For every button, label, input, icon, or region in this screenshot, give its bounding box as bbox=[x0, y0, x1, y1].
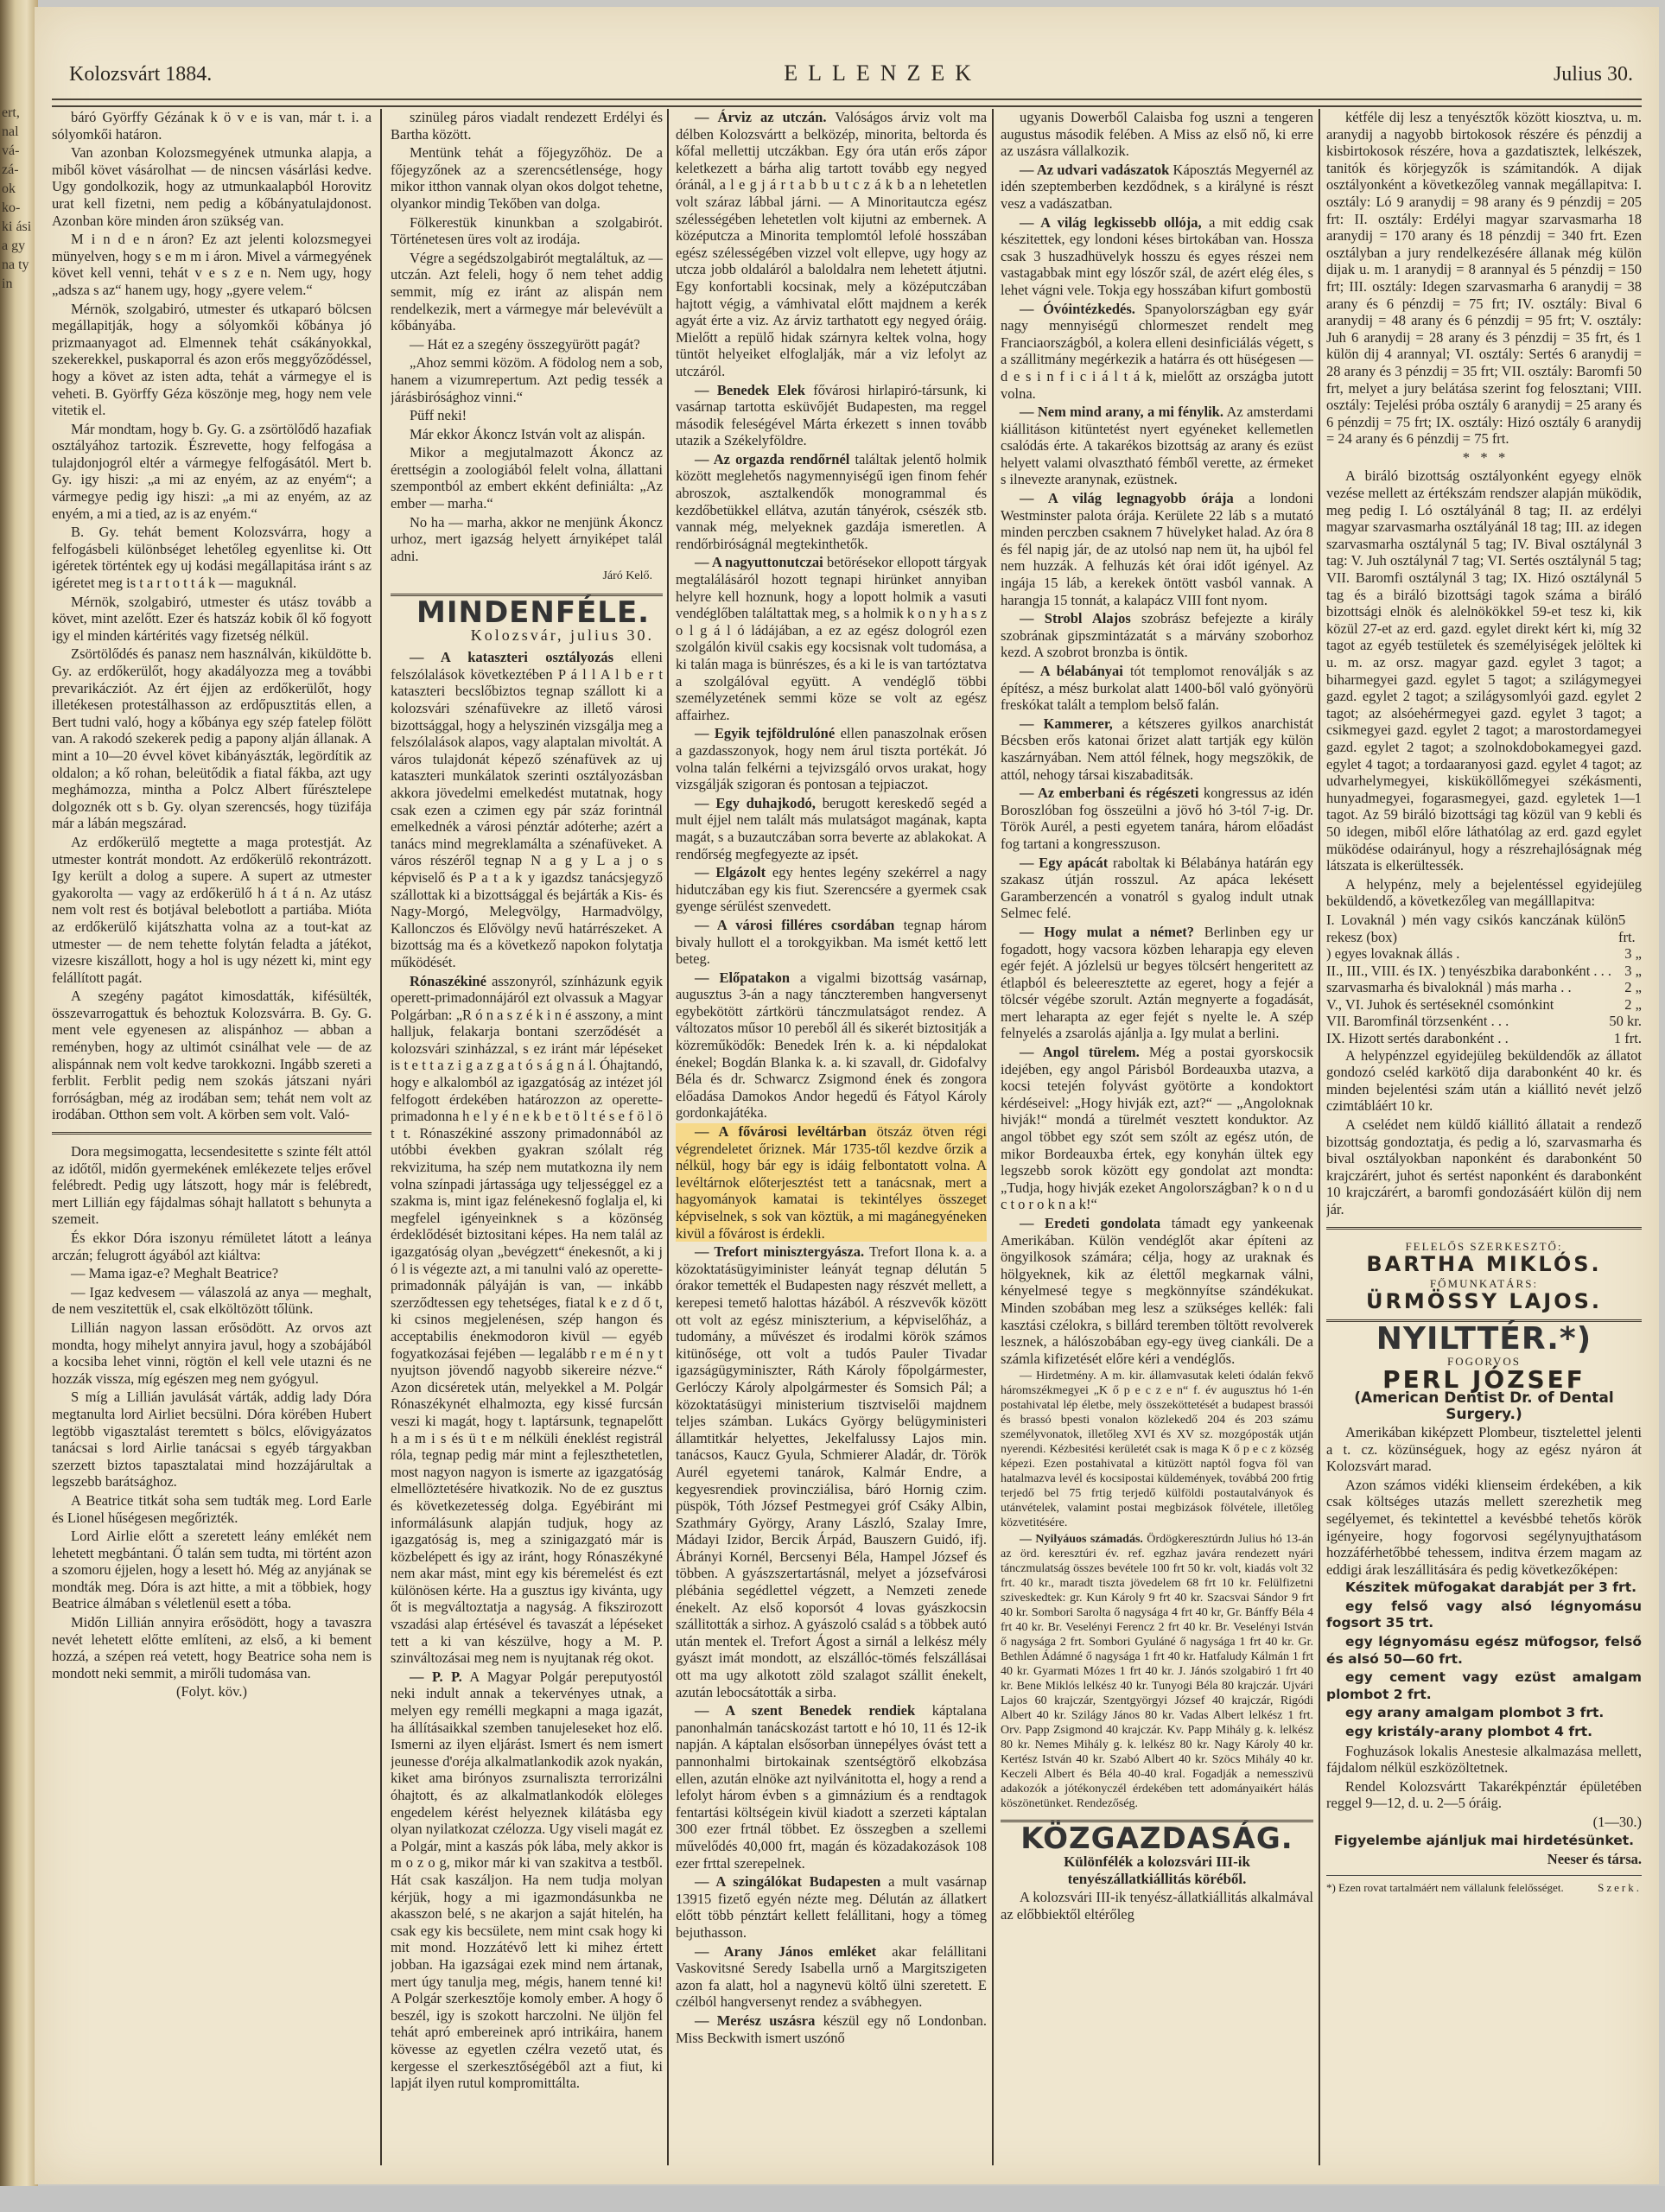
paragraph: Mérnök, szolgabiró, utmester és utász to… bbox=[52, 594, 372, 645]
ad-paragraph: Foghuzások lokalis Anestesie alkalmazása… bbox=[1326, 1743, 1642, 1777]
news-body: támadt egy yankeenak Amerikában. Külön v… bbox=[1001, 1215, 1313, 1367]
paragraph: báró Györffy Gézának k ö v e is van, már… bbox=[52, 109, 372, 143]
news-headline: — Árviz az utczán. bbox=[695, 109, 826, 125]
asterism: * * * bbox=[1326, 449, 1642, 467]
news-item: — Eredeti gondolata támadt egy yankeenak… bbox=[1001, 1215, 1313, 1367]
news-body: Ördögkeresztúrdn Julius hó 13-án az örd.… bbox=[1001, 1533, 1313, 1810]
news-body: asszonyról, színházunk egyik operett-pri… bbox=[391, 973, 663, 1667]
column-4: ugyanis Dowerből Calaisba fog uszni a te… bbox=[1001, 109, 1313, 2165]
news-item: — Óvóintézkedés. Spanyolországban egy gy… bbox=[1001, 301, 1313, 403]
news-body: Trefort Ilona k. a. a közoktatásügyimini… bbox=[676, 1243, 987, 1700]
news-headline: — Arany János emléket bbox=[695, 1943, 876, 1960]
ad-reference: (1—30.) bbox=[1326, 1814, 1642, 1831]
news-item: — Egy duhajkodó, berugott kereskedő segé… bbox=[676, 795, 987, 862]
news-body: elleni felszólalások következtében P á l… bbox=[391, 649, 663, 970]
column-3: — Árviz az utczán. Valóságos árviz volt … bbox=[676, 109, 987, 2165]
fee-amount: 50 kr. bbox=[1609, 1013, 1642, 1030]
fee-table: I. Lovaknál ) mén vagy csikós kanczának … bbox=[1326, 912, 1642, 1047]
fee-label: szarvasmarha és bivaloknál ) más marha .… bbox=[1326, 979, 1572, 996]
news-headline: — Elgázolt bbox=[695, 864, 766, 880]
promo-line: Figyelembe ajánljuk mai hirdetésünket. bbox=[1326, 1833, 1642, 1850]
newspaper-page: Kolozsvárt 1884. ELLENZEK Julius 30. bár… bbox=[35, 7, 1659, 2184]
paragraph: Már ekkor Ákoncz István volt az alispán. bbox=[391, 426, 663, 443]
news-item: — Trefort minisztergyásza. Trefort Ilona… bbox=[676, 1243, 987, 1700]
highlighted-news-item: — A fővárosi levéltárban ötszáz ötven ré… bbox=[676, 1123, 987, 1242]
fee-row: I. Lovaknál ) mén vagy csikós kanczának … bbox=[1326, 912, 1642, 945]
section-divider bbox=[1326, 1227, 1642, 1230]
fee-label: IX. Hizott sertés darabonként . . bbox=[1326, 1030, 1509, 1047]
fee-label: V., VI. Juhok és sertéseknél csomónkint bbox=[1326, 996, 1554, 1014]
news-headline: — Az udvari vadászatok bbox=[1020, 162, 1169, 178]
fee-row: VII. Baromfinál törzsenként . . .50 kr. bbox=[1326, 1013, 1642, 1030]
news-headline: — Egy duhajkodó, bbox=[695, 795, 816, 811]
paragraph: A kolozsvári III-ik tenyész-állatkiállit… bbox=[1001, 1889, 1313, 1923]
fee-amount: 3 „ bbox=[1624, 945, 1642, 963]
paragraph: Mikor a megjutalmazott Ákoncz az érettsé… bbox=[391, 444, 663, 512]
masthead-rule bbox=[52, 99, 1642, 107]
news-item: — Arany János emléket akar felállitani V… bbox=[676, 1943, 987, 2011]
news-headline: — A fővárosi levéltárban bbox=[695, 1123, 867, 1140]
fee-amount: 5 frt. bbox=[1618, 912, 1642, 945]
news-item: — Az emberbani és régészeti kongressus a… bbox=[1001, 785, 1313, 852]
book-spine: ert, nal vá- zá- ok ko- ki ási a gy na t… bbox=[0, 0, 38, 2212]
fee-row: szarvasmarha és bivaloknál ) más marha .… bbox=[1326, 979, 1642, 996]
fee-row: V., VI. Juhok és sertéseknél csomónkint2… bbox=[1326, 996, 1642, 1014]
news-item: — Egyik tejföldrulóné ellen panaszolnak … bbox=[676, 725, 987, 792]
news-body: a vigalmi bizottság vasárnap, augusztus … bbox=[676, 969, 987, 1122]
promo-signature: Neeser és társa. bbox=[1326, 1851, 1642, 1868]
paragraph: Zsörtölődés és panasz nem használván, ki… bbox=[52, 645, 372, 832]
paragraph: B. Gy. tehát bement Kolozsvárra, hogy a … bbox=[52, 524, 372, 591]
news-item: — A kataszteri osztályozás elleni felszó… bbox=[391, 649, 663, 970]
news-headline: — Egy apácát bbox=[1020, 855, 1108, 871]
news-headline: — Előpatakon bbox=[695, 969, 790, 986]
ad-paragraph: Azon számos vidéki klienseim érdekében, … bbox=[1326, 1477, 1642, 1579]
news-item: — Kammerer, a kétszeres gyilkos anarchis… bbox=[1001, 715, 1313, 783]
fee-row: ) egyes lovaknak állás .3 „ bbox=[1326, 945, 1642, 963]
news-headline: — A nagyuttonutczai bbox=[695, 554, 823, 570]
masthead-place-year: Kolozsvárt 1884. bbox=[69, 63, 212, 86]
news-body: a londoni Westminster palota órája. Kerü… bbox=[1001, 490, 1313, 608]
news-headline: — Óvóintézkedés. bbox=[1020, 301, 1135, 317]
ad-paragraph: Amerikában kiképzett Plombeur, tisztelet… bbox=[1326, 1424, 1642, 1475]
paragraph: A biráló bizottság osztályonként egyegy … bbox=[1326, 467, 1642, 874]
news-headline: — A bélabányai bbox=[1020, 663, 1123, 679]
public-accounts-notice: — Nyilyáuos számadás. Ördögkeresztúrdn J… bbox=[1001, 1532, 1313, 1811]
price-item: egy felső vagy alsó légnyomásu fogsort 3… bbox=[1326, 1599, 1642, 1632]
news-item: — Az udvari vadászatok Káposztás Megyern… bbox=[1001, 162, 1313, 213]
novel-paragraph: A Beatrice titkát soha sem tudták meg. L… bbox=[52, 1492, 372, 1526]
news-headline: — P. P. bbox=[410, 1669, 462, 1685]
column-divider bbox=[1319, 109, 1320, 2165]
news-headline: — A szent Benedek rendiek bbox=[695, 1702, 915, 1719]
news-body: Berlinben egy ur fogadott, hogy vacsora … bbox=[1001, 924, 1313, 1042]
fee-label: VII. Baromfinál törzsenként . . . bbox=[1326, 1013, 1509, 1030]
article-headline: Különfélék a kolozsvári III-ik tenyészál… bbox=[1001, 1853, 1313, 1887]
news-item: — Strobl Alajos szobrász befejezte a kir… bbox=[1001, 610, 1313, 661]
news-headline: — Angol türelem. bbox=[1020, 1044, 1140, 1060]
news-body: A Magyar Polgár pereputyostól neki indul… bbox=[391, 1669, 663, 2091]
news-item: — Egy apácát raboltak ki Bélabánya határ… bbox=[1001, 855, 1313, 922]
paragraph: A helypénzzel egyidejüleg beküldendők az… bbox=[1326, 1047, 1642, 1115]
feuilleton-divider bbox=[52, 1132, 372, 1135]
news-headline: — Nyilyáuos számadás. bbox=[1020, 1533, 1143, 1546]
price-item: egy cement vagy ezüst amalgam plombot 2 … bbox=[1326, 1669, 1642, 1703]
news-headline: — Trefort minisztergyásza. bbox=[695, 1243, 864, 1260]
news-headline: — A városi filléres csordában bbox=[695, 917, 894, 933]
price-item: egy kristály-arany plombot 4 frt. bbox=[1326, 1724, 1642, 1741]
news-item: — Angol türelem. Még a postai gyorskocsi… bbox=[1001, 1044, 1313, 1213]
ad-subtitle: (American Dentist Dr. of Dental Surgery.… bbox=[1326, 1390, 1642, 1424]
news-item: — Árviz az utczán. Valóságos árviz volt … bbox=[676, 109, 987, 380]
section-title-mindenfele: MINDENFÉLE. bbox=[416, 605, 663, 622]
news-item: — Nem mind arany, a mi fénylik. Az amste… bbox=[1001, 404, 1313, 488]
news-headline: — A világ legkissebb ollója, bbox=[1020, 214, 1202, 231]
fee-amount: 3 „ bbox=[1624, 963, 1642, 980]
price-item: egy arany amalgam plombot 3 frt. bbox=[1326, 1705, 1642, 1722]
price-list: Készitek müfogakat darabját per 3 frt. e… bbox=[1326, 1580, 1642, 1740]
novel-paragraph: Midőn Lillián annyira erősödött, hogy a … bbox=[52, 1614, 372, 1681]
news-item: — P. P. A Magyar Polgár pereputyostól ne… bbox=[391, 1669, 663, 2092]
news-headline: — Hogy mulat a német? bbox=[1020, 924, 1194, 940]
fee-row: IX. Hizott sertés darabonként . .1 frt. bbox=[1326, 1030, 1642, 1047]
ad-paragraph: Rendel Kolozsvártt Takarékpénztár épület… bbox=[1326, 1778, 1642, 1812]
news-item: — A szingálókat Budapesten a mult vasárn… bbox=[676, 1873, 987, 1941]
column-2: szinüleg páros viadalt rendezett Erdélyi… bbox=[391, 109, 663, 2165]
masthead-date: Julius 30. bbox=[1554, 63, 1633, 86]
news-headline: — Eredeti gondolata bbox=[1020, 1215, 1160, 1231]
footnote-signature: Szerk. bbox=[1598, 1879, 1642, 1897]
column-divider bbox=[667, 109, 669, 2165]
column-divider bbox=[992, 109, 994, 2165]
news-item: — A nagyuttonutczai betörésekor ellopott… bbox=[676, 554, 987, 723]
paragraph: ugyanis Dowerből Calaisba fog uszni a te… bbox=[1001, 109, 1313, 160]
section-title-kozgazdasag: KÖZGAZDASÁG. bbox=[1001, 1831, 1313, 1848]
newspaper-title: ELLENZEK bbox=[784, 60, 982, 86]
price-item: Készitek müfogakat darabját per 3 frt. bbox=[1326, 1580, 1642, 1597]
news-headline: — A kataszteri osztályozás bbox=[410, 649, 613, 665]
news-body: Még a postai gyorskocsik idejében, egy a… bbox=[1001, 1044, 1313, 1212]
novel-paragraph: És ekkor Dóra iszonyu rémületet látott a… bbox=[52, 1230, 372, 1263]
ad-dentist-name: PERL JÓZSEF bbox=[1326, 1371, 1642, 1389]
news-headline: — A világ legnagyobb órája bbox=[1020, 490, 1234, 506]
news-headline: — Strobl Alajos bbox=[1020, 610, 1131, 626]
fee-label: ) egyes lovaknak állás . bbox=[1326, 945, 1459, 963]
paragraph: Mérnök, szolgabiró, utmester és utkaparó… bbox=[52, 301, 372, 419]
coeditor-name: ÜRMÖSSY LAJOS. bbox=[1326, 1294, 1642, 1311]
news-body: káptalana panonhalmán tanácskozást tarto… bbox=[676, 1702, 987, 1871]
paragraph: A cselédet nem küldő kiállitó állatait a… bbox=[1326, 1116, 1642, 1218]
fee-amount: 1 frt. bbox=[1614, 1030, 1642, 1047]
section-title-nyiltter: NYILTTÉR.*) bbox=[1326, 1331, 1642, 1348]
column-1: báró Györffy Gézának k ö v e is van, már… bbox=[52, 109, 372, 2165]
paragraph: Végre a segédszolgabirót megtaláltuk, az… bbox=[391, 250, 663, 334]
paragraph: Mentünk tehát a főjegyzőhöz. De a főjegy… bbox=[391, 144, 663, 212]
paragraph: Az erdőkerülő megtette a maga protestját… bbox=[52, 834, 372, 986]
fee-label: II., III., VIII. és IX. ) tenyészbika da… bbox=[1326, 963, 1611, 980]
news-headline: — Kammerer, bbox=[1020, 715, 1113, 732]
novel-paragraph: S míg a Lillián javulását várták, addig … bbox=[52, 1389, 372, 1491]
paragraph: — Hát ez a szegény összegyürött pagát? bbox=[391, 336, 663, 353]
paragraph: kétféle dij lesz a tenyésztők között kio… bbox=[1326, 109, 1642, 448]
post-office-notice: — Hirdetmény. A m. kir. államvasutak kel… bbox=[1001, 1369, 1313, 1530]
column-5: kétféle dij lesz a tenyésztők között kio… bbox=[1326, 109, 1642, 2165]
fee-amount: 2 „ bbox=[1624, 996, 1642, 1014]
footnote: *) Ezen rovat tartalmáért nem vállalunk … bbox=[1326, 1875, 1642, 1897]
news-item: — Benedek Elek fővárosi hirlapiró-társun… bbox=[676, 382, 987, 449]
paragraph: Püff neki! bbox=[391, 407, 663, 424]
fee-amount: 2 „ bbox=[1624, 979, 1642, 996]
novel-paragraph: — Igaz kedvesem — válaszolá az anya — me… bbox=[52, 1284, 372, 1318]
price-item: egy légnyomásu egész müfogsor, felső és … bbox=[1326, 1634, 1642, 1668]
news-body: betörésekor ellopott tárgyak megtalálásá… bbox=[676, 554, 987, 722]
news-body: ötszáz ötven régi végrendeletet őriznek.… bbox=[676, 1123, 987, 1242]
paragraph: Van azonban Kolozsmegyének utmunka alapj… bbox=[52, 144, 372, 229]
column-divider bbox=[380, 109, 382, 2165]
previous-page-fragment: ert, nal vá- zá- ok ko- ki ási a gy na t… bbox=[2, 104, 33, 2091]
news-item: — A világ legkissebb ollója, a mit eddig… bbox=[1001, 214, 1313, 299]
scan-background bbox=[0, 2186, 1665, 2212]
novel-paragraph: Dora megsimogatta, lecsendesitette s szi… bbox=[52, 1143, 372, 1228]
footnote-text: *) Ezen rovat tartalmáért nem vállalunk … bbox=[1326, 1881, 1564, 1894]
paragraph: „Ahoz semmi közöm. A födolog nem a sob, … bbox=[391, 354, 663, 405]
news-headline: Rónaszékiné bbox=[410, 973, 486, 989]
fee-label: I. Lovaknál ) mén vagy csikós kanczának … bbox=[1326, 912, 1618, 945]
paragraph: No ha — marha, akkor ne menjünk Ákoncz u… bbox=[391, 514, 663, 565]
paragraph: Fölkerestük kinunkban a szolgabirót. Tör… bbox=[391, 214, 663, 248]
news-headline: — Az orgazda rendőrnél bbox=[695, 451, 849, 467]
news-item: — Elgázolt egy hentes legény szekérrel a… bbox=[676, 864, 987, 915]
author-signature: Járó Kelő. bbox=[391, 568, 652, 585]
paragraph: szinüleg páros viadalt rendezett Erdélyi… bbox=[391, 109, 663, 143]
novel-paragraph: Lord Airlie előtt a szeretett leány emlé… bbox=[52, 1528, 372, 1612]
news-item: — Hogy mulat a német? Berlinben egy ur f… bbox=[1001, 924, 1313, 1042]
news-item: — Az orgazda rendőrnél találtak jelentő … bbox=[676, 451, 987, 553]
news-headline: — Egyik tejföldrulóné bbox=[695, 725, 835, 741]
news-item: Rónaszékiné asszonyról, színházunk egyik… bbox=[391, 973, 663, 1667]
novel-paragraph: — Mama igaz-e? Meghalt Beatrice? bbox=[52, 1265, 372, 1282]
masthead: Kolozsvárt 1884. ELLENZEK Julius 30. bbox=[69, 60, 1633, 95]
news-item: — A szent Benedek rendiek káptalana pano… bbox=[676, 1702, 987, 1872]
news-headline: — Nem mind arany, a mi fénylik. bbox=[1020, 404, 1223, 420]
news-item: — A világ legnagyobb órája a londoni Wes… bbox=[1001, 490, 1313, 608]
editor-name: BARTHA MIKLÓS. bbox=[1326, 1256, 1642, 1274]
paragraph: M i n d e n áron? Ez azt jelenti kolozsm… bbox=[52, 231, 372, 298]
news-item: — A bélabányai tót templomot renoválják … bbox=[1001, 663, 1313, 714]
news-headline: — Merész uszásra bbox=[695, 2012, 815, 2029]
novel-paragraph: Lillián nagyon lassan erősödött. Az orvo… bbox=[52, 1319, 372, 1387]
paragraph: Már mondtam, hogy b. Gy. G. a zsörtölődő… bbox=[52, 421, 372, 523]
fee-row: II., III., VIII. és IX. ) tenyészbika da… bbox=[1326, 963, 1642, 980]
news-headline: — Benedek Elek bbox=[695, 382, 805, 398]
feuilleton-novel: Dora megsimogatta, lecsendesitette s szi… bbox=[52, 1143, 372, 1700]
continued-note: (Folyt. köv.) bbox=[52, 1683, 372, 1700]
news-item: — Előpatakon a vigalmi bizottság vasárna… bbox=[676, 969, 987, 1122]
paragraph: A szegény pagátot kimosdatták, kifésülté… bbox=[52, 988, 372, 1123]
news-body: Valóságos árviz volt ma délben Kolozsvár… bbox=[676, 109, 987, 379]
news-headline: — Az emberbani és régészeti bbox=[1020, 785, 1199, 801]
news-item: — A városi filléres csordában tegnap hár… bbox=[676, 917, 987, 968]
news-headline: — A szingálókat Budapesten bbox=[695, 1873, 880, 1890]
paragraph: A helypénz, mely a bejelentéssel egyidej… bbox=[1326, 876, 1642, 910]
news-item: — Merész uszásra készül egy nő Londonban… bbox=[676, 2012, 987, 2046]
